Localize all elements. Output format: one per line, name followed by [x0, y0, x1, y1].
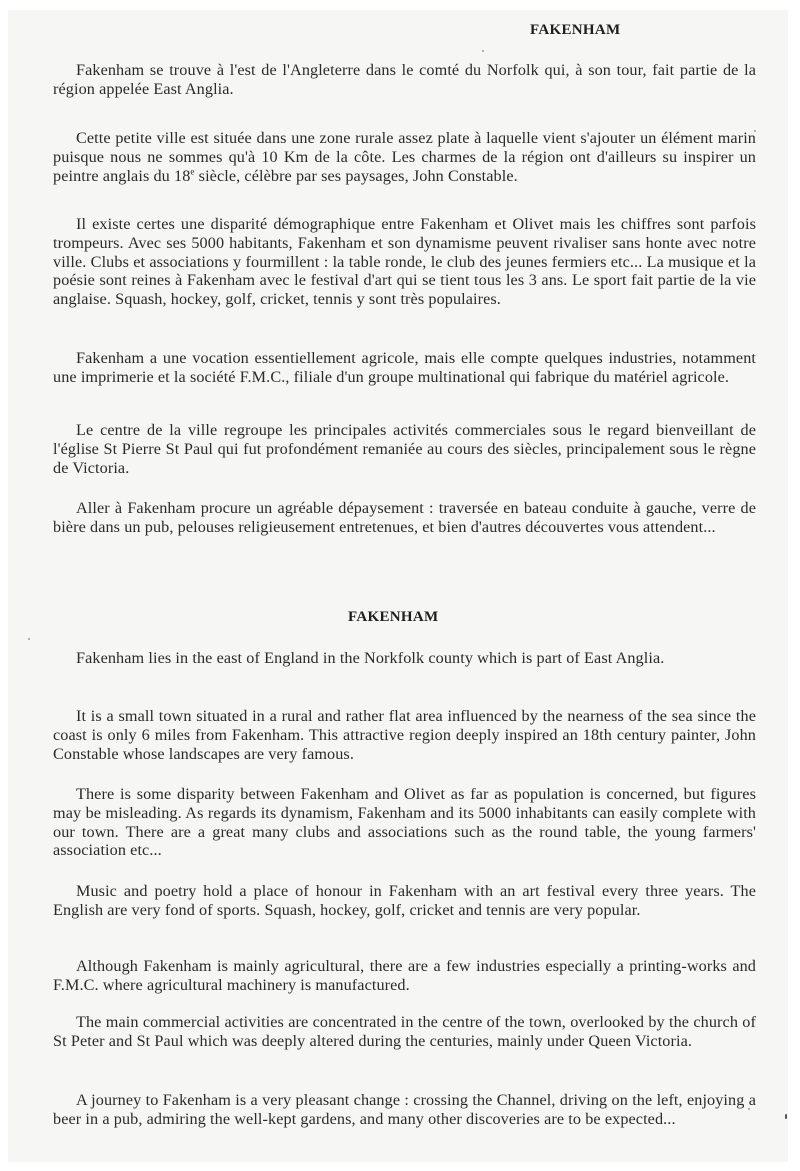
paragraph-text: Il existe certes une disparité démograph…	[53, 215, 756, 309]
paragraph-text: Music and poetry hold a place of honour …	[53, 882, 756, 920]
paragraph-text: Although Fakenham is mainly agricultural…	[53, 957, 756, 995]
paragraph-text: Fakenham a une vocation essentiellement …	[53, 349, 756, 387]
paragraph-text: Fakenham lies in the east of England in …	[53, 649, 756, 668]
scan-speck	[482, 50, 484, 52]
english-paragraph-4: Music and poetry hold a place of honour …	[53, 882, 756, 920]
paragraph-text: Le centre de la ville regroupe les princ…	[53, 421, 756, 477]
english-paragraph-3: There is some disparity between Fakenham…	[53, 785, 756, 860]
paragraph-text: There is some disparity between Fakenham…	[53, 785, 756, 860]
french-title: FAKENHAM	[530, 22, 620, 39]
english-paragraph-5: Although Fakenham is mainly agricultural…	[53, 957, 756, 995]
french-paragraph-6: Aller à Fakenham procure un agréable dép…	[53, 499, 756, 537]
paragraph-text: Fakenham se trouve à l'est de l'Angleter…	[53, 61, 756, 99]
scan-speck	[28, 638, 30, 640]
english-paragraph-1: Fakenham lies in the east of England in …	[53, 649, 756, 668]
english-paragraph-2: It is a small town situated in a rural a…	[53, 707, 756, 763]
paragraph-text: The main commercial activities are conce…	[53, 1013, 756, 1051]
english-paragraph-6: The main commercial activities are conce…	[53, 1013, 756, 1051]
paragraph-text: A journey to Fakenham is a very pleasant…	[53, 1091, 756, 1129]
scanned-page: FAKENHAM Fakenham se trouve à l'est de l…	[8, 10, 788, 1162]
scan-speck	[748, 1108, 750, 1110]
paragraph-text: It is a small town situated in a rural a…	[53, 707, 756, 763]
paragraph-text: Aller à Fakenham procure un agréable dép…	[53, 499, 756, 537]
scan-speck	[754, 130, 756, 132]
english-title: FAKENHAM	[348, 609, 438, 626]
french-paragraph-2: Cette petite ville est située dans une z…	[53, 129, 756, 185]
french-paragraph-5: Le centre de la ville regroupe les princ…	[53, 421, 756, 477]
french-paragraph-1: Fakenham se trouve à l'est de l'Angleter…	[53, 61, 756, 99]
scan-speck	[785, 1114, 787, 1119]
french-paragraph-3: Il existe certes une disparité démograph…	[53, 215, 756, 309]
english-paragraph-7: A journey to Fakenham is a very pleasant…	[53, 1091, 756, 1129]
french-paragraph-4: Fakenham a une vocation essentiellement …	[53, 349, 756, 387]
paragraph-text: Cette petite ville est située dans une z…	[53, 129, 756, 185]
text-span: siècle, célèbre par ses paysages, John C…	[195, 167, 518, 185]
